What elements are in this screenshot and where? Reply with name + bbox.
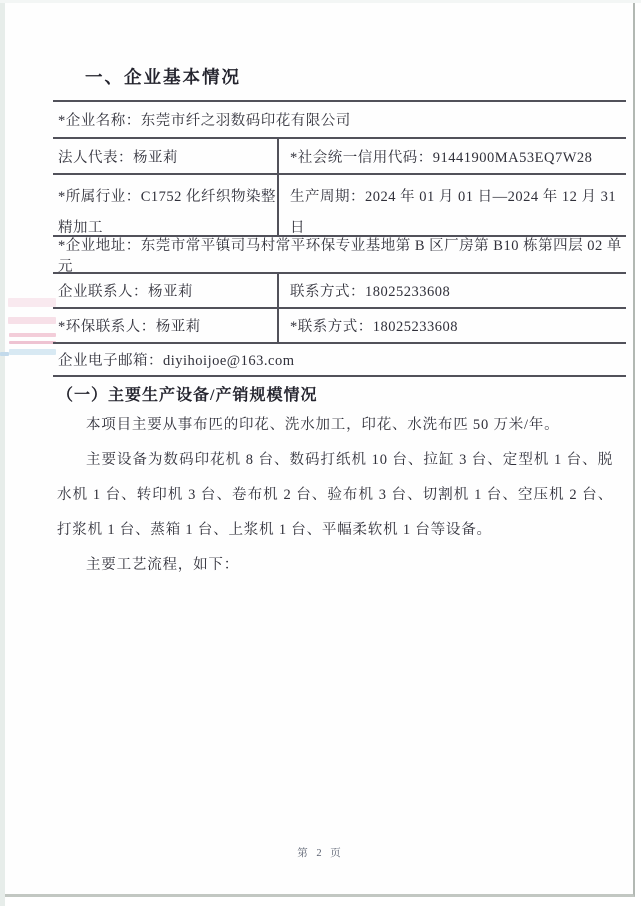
subsection-heading-equipment-scale: （一）主要生产设备/产销规模情况 (57, 382, 317, 405)
scan-artifact-blue (0, 352, 9, 356)
page-number: 第 2 页 (0, 845, 641, 860)
table-row-industry-production-period: *所属行业：C1752 化纤织物染整精加工 生产周期：2024 年 01 月 0… (53, 175, 626, 237)
table-row-company-contact: 企业联系人：杨亚莉 联系方式：18025233608 (53, 274, 626, 309)
social-credit-code-cell: *社会统一信用代码：91441900MA53EQ7W28 (279, 139, 626, 173)
scan-artifact-blue (9, 349, 56, 355)
scan-artifact-pink (8, 298, 56, 307)
table-row-env-contact: *环保联系人：杨亚莉 *联系方式：18025233608 (53, 309, 626, 344)
scan-top-edge (0, 0, 641, 3)
paragraph-process-flow-intro: 主要工艺流程，如下： (57, 548, 613, 583)
scan-artifact-pink (9, 341, 56, 344)
company-info-table: *企业名称：东莞市纤之羽数码印花有限公司 法人代表：杨亚莉 *社会统一信用代码：… (53, 100, 626, 377)
legal-representative-cell: 法人代表：杨亚莉 (53, 139, 279, 173)
company-contact-phone-cell: 联系方式：18025233608 (279, 274, 626, 307)
paragraph-equipment-list: 主要设备为数码印花机 8 台、数码打纸机 10 台、拉缸 3 台、定型机 1 台… (57, 443, 613, 548)
scan-artifact-pink (9, 333, 56, 337)
table-row-company-address: *企业地址：东莞市常平镇司马村常平环保专业基地第 B 区厂房第 B10 栋第四层… (53, 237, 626, 274)
table-row-legal-rep-credit-code: 法人代表：杨亚莉 *社会统一信用代码：91441900MA53EQ7W28 (53, 139, 626, 175)
company-address-cell: *企业地址：东莞市常平镇司马村常平环保专业基地第 B 区厂房第 B10 栋第四层… (53, 237, 626, 272)
env-contact-phone-cell: *联系方式：18025233608 (279, 309, 626, 342)
table-row-company-email: 企业电子邮箱：diyihoijoe@163.com (53, 344, 626, 377)
section-heading-company-basic-info: 一、企业基本情况 (85, 64, 241, 89)
table-row-company-name: *企业名称：东莞市纤之羽数码印花有限公司 (53, 102, 626, 139)
company-email-cell: 企业电子邮箱：diyihoijoe@163.com (53, 344, 626, 375)
scan-left-edge (0, 0, 5, 906)
company-contact-person-cell: 企业联系人：杨亚莉 (53, 274, 279, 307)
company-name-cell: *企业名称：东莞市纤之羽数码印花有限公司 (53, 102, 626, 137)
body-paragraphs: 本项目主要从事布匹的印花、洗水加工，印花、水洗布匹 50 万米/年。 主要设备为… (57, 408, 613, 583)
env-contact-person-cell: *环保联系人：杨亚莉 (53, 309, 279, 342)
paragraph-project-overview: 本项目主要从事布匹的印花、洗水加工，印花、水洗布匹 50 万米/年。 (57, 408, 613, 443)
industry-cell: *所属行业：C1752 化纤织物染整精加工 (53, 175, 279, 235)
scan-artifact-pink (8, 317, 56, 324)
production-period-cell: 生产周期：2024 年 01 月 01 日—2024 年 12 月 31 日 (279, 175, 626, 235)
